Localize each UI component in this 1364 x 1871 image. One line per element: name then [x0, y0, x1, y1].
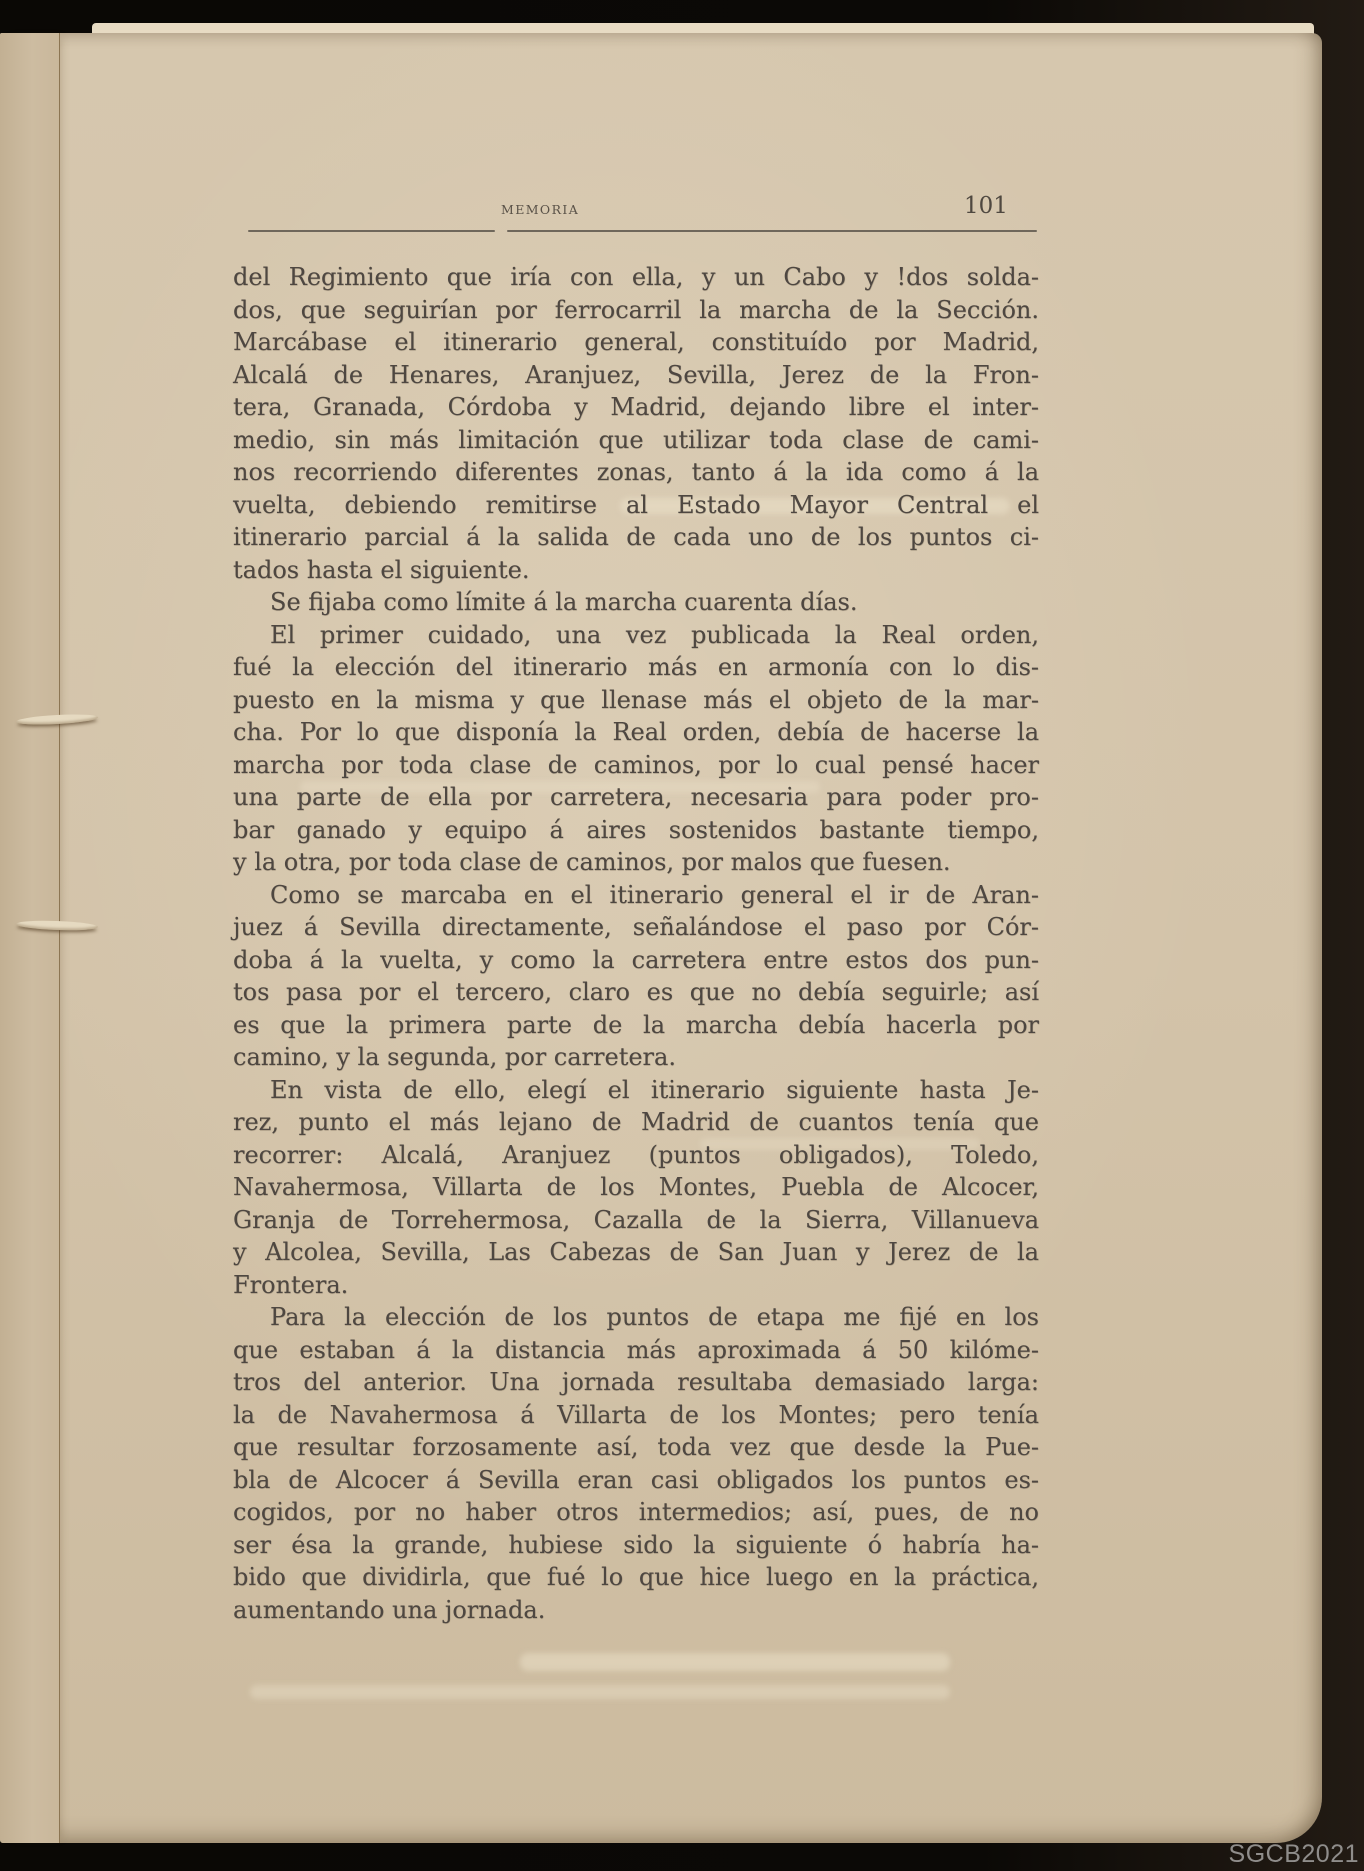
text-line: recorrer: Alcalá, Aranjuez (puntos oblig…: [233, 1139, 1039, 1172]
text-line: tos pasa por el tercero, claro es que no…: [233, 976, 1039, 1009]
text-line: es que la primera parte de la marcha deb…: [233, 1009, 1039, 1042]
text-line: dos, que seguirían por ferrocarril la ma…: [233, 294, 1039, 327]
text-line: aumentando una jornada.: [233, 1594, 1039, 1627]
text-line: doba á la vuelta, y como la carretera en…: [233, 944, 1039, 977]
text-line: Frontera.: [233, 1269, 1039, 1302]
text-line: marcha por toda clase de caminos, por lo…: [233, 749, 1039, 782]
text-line: que estaban á la distancia más aproximad…: [233, 1334, 1039, 1367]
paragraph: Para la elección de los puntos de etapa …: [233, 1301, 1039, 1626]
text-line: Alcalá de Henares, Aranjuez, Sevilla, Je…: [233, 359, 1039, 392]
text-line: nos recorriendo diferentes zonas, tanto …: [233, 456, 1039, 489]
text-line: una parte de ella por carretera, necesar…: [233, 781, 1039, 814]
text-line: Marcábase el itinerario general, constit…: [233, 326, 1039, 359]
text-line: vuelta, debiendo remitirse al Estado May…: [233, 489, 1039, 522]
text-line: Para la elección de los puntos de etapa …: [233, 1301, 1039, 1334]
text-line: tros del anterior. Una jornada resultaba…: [233, 1366, 1039, 1399]
text-line: rez, punto el más lejano de Madrid de cu…: [233, 1106, 1039, 1139]
text-line: ser ésa la grande, hubiese sido la sigui…: [233, 1529, 1039, 1562]
paragraph: Como se marcaba en el itinerario general…: [233, 879, 1039, 1074]
text-line: del Regimiento que iría con ella, y un C…: [233, 261, 1039, 294]
text-line: y la otra, por toda clase de caminos, po…: [233, 846, 1039, 879]
header-rule-left: [248, 230, 495, 232]
text-line: Como se marcaba en el itinerario general…: [233, 879, 1039, 912]
text-line: tera, Granada, Córdoba y Madrid, dejando…: [233, 391, 1039, 424]
text-line: bla de Alcocer á Sevilla eran casi oblig…: [233, 1464, 1039, 1497]
running-title: MEMORIA: [501, 202, 579, 217]
header-rule-right: [507, 230, 1037, 232]
text-line: puesto en la misma y que llenase más el …: [233, 684, 1039, 717]
text-line: cha. Por lo que disponía la Real orden, …: [233, 716, 1039, 749]
paragraph: En vista de ello, elegí el itinerario si…: [233, 1074, 1039, 1302]
scanned-book-photo: MEMORIA 101 del Regimiento que iría con …: [0, 0, 1364, 1871]
text-line: bido que dividirla, que fué lo que hice …: [233, 1561, 1039, 1594]
text-line: que resultar forzosamente así, toda vez …: [233, 1431, 1039, 1464]
show-through-smudge: [520, 1653, 950, 1671]
text-line: itinerario parcial á la salida de cada u…: [233, 521, 1039, 554]
show-through-smudge: [250, 1685, 950, 1699]
text-line: El primer cuidado, una vez publicada la …: [233, 619, 1039, 652]
page-number: 101: [964, 193, 1008, 219]
text-line: En vista de ello, elegí el itinerario si…: [233, 1074, 1039, 1107]
text-line: Granja de Torrehermosa, Cazalla de la Si…: [233, 1204, 1039, 1237]
text-line: cogidos, por no haber otros intermedios;…: [233, 1496, 1039, 1529]
paragraph: del Regimiento que iría con ella, y un C…: [233, 261, 1039, 586]
text-line: fué la elección del itinerario más en ar…: [233, 651, 1039, 684]
text-line: bar ganado y equipo á aires sostenidos b…: [233, 814, 1039, 847]
text-line: la de Navahermosa á Villarta de los Mont…: [233, 1399, 1039, 1432]
text-line: juez á Sevilla directamente, señalándose…: [233, 911, 1039, 944]
watermark: SGCB2021: [1229, 1840, 1359, 1869]
page-text: del Regimiento que iría con ella, y un C…: [233, 261, 1039, 1626]
text-line: camino, y la segunda, por carretera.: [233, 1041, 1039, 1074]
text-line: y Alcolea, Sevilla, Las Cabezas de San J…: [233, 1236, 1039, 1269]
text-line: medio, sin más limitación que utilizar t…: [233, 424, 1039, 457]
paragraph: El primer cuidado, una vez publicada la …: [233, 619, 1039, 879]
text-line: Se fijaba como límite á la marcha cuaren…: [233, 586, 1039, 619]
binding-gutter-fold: [0, 33, 60, 1843]
paragraph: Se fijaba como límite á la marcha cuaren…: [233, 586, 1039, 619]
book-page: MEMORIA 101 del Regimiento que iría con …: [0, 33, 1322, 1843]
text-line: tados hasta el siguiente.: [233, 554, 1039, 587]
text-line: Navahermosa, Villarta de los Montes, Pue…: [233, 1171, 1039, 1204]
